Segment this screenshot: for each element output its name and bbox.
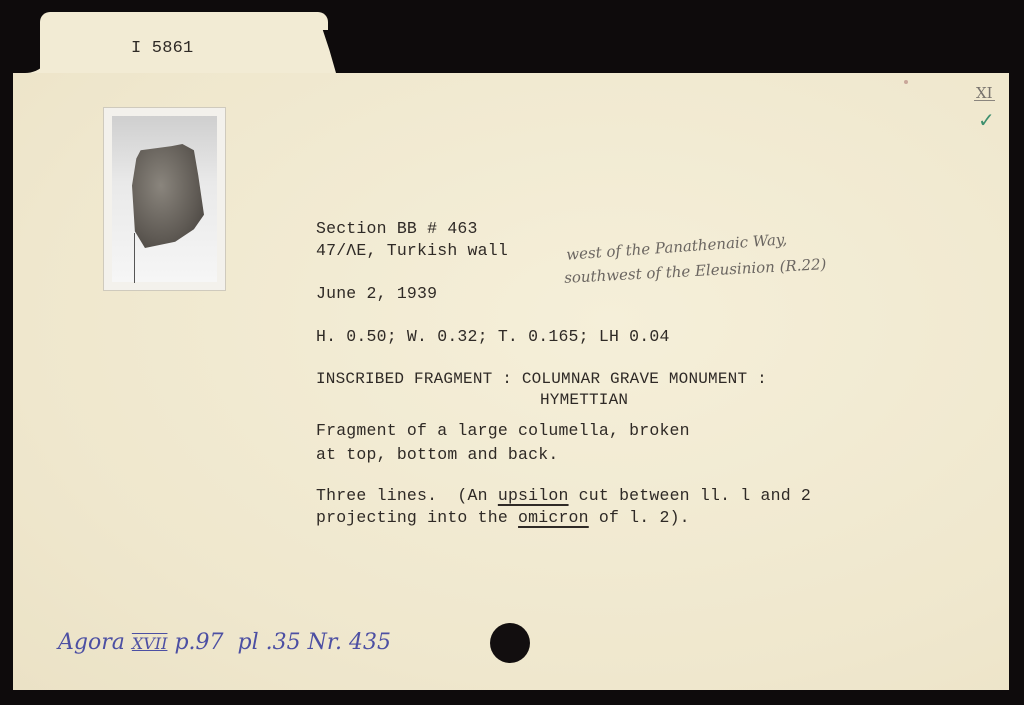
check-mark-icon: ✓ bbox=[978, 108, 995, 132]
notes-line1-end: cut between ll. l and 2 bbox=[569, 486, 811, 505]
bib-plate: pl .35 bbox=[238, 630, 301, 655]
artifact-photo bbox=[103, 107, 226, 291]
dimensions: H. 0.50; W. 0.32; T. 0.165; LH 0.04 bbox=[316, 325, 670, 348]
notes-line2: projecting into the omicron of l. 2). bbox=[316, 506, 690, 529]
bib-number: Nr. 435 bbox=[308, 630, 391, 655]
description-line2: at top, bottom and back. bbox=[316, 443, 558, 466]
object-title-line1: INSCRIBED FRAGMENT : COLUMNAR GRAVE MONU… bbox=[316, 368, 767, 391]
object-title-line2: HYMETTIAN bbox=[540, 389, 628, 412]
description-line1: Fragment of a large columella, broken bbox=[316, 419, 690, 442]
stain-mark bbox=[904, 80, 908, 84]
photo-support-stick bbox=[134, 233, 135, 283]
findspot: 47/ΛE, Turkish wall bbox=[316, 239, 508, 262]
corner-mark: XI bbox=[974, 86, 995, 101]
bib-volume: XVII bbox=[132, 634, 168, 653]
notes-line1-start: Three lines. (An bbox=[316, 486, 498, 505]
section-number: Section BB # 463 bbox=[316, 217, 478, 240]
underlined-upsilon: upsilon bbox=[498, 486, 569, 505]
bib-page: p.97 bbox=[174, 630, 223, 655]
punch-hole bbox=[490, 623, 530, 663]
notes-line1: Three lines. (An upsilon cut between ll.… bbox=[316, 484, 811, 507]
bib-series: Agora bbox=[58, 630, 125, 655]
notes-line2-start: projecting into the bbox=[316, 508, 518, 527]
inventory-number: I 5861 bbox=[131, 37, 193, 60]
notes-line2-end: of l. 2). bbox=[589, 508, 690, 527]
find-date: June 2, 1939 bbox=[316, 282, 437, 305]
underlined-omicron: omicron bbox=[518, 508, 589, 527]
bibliography-reference: Agora XVII p.97 pl .35 Nr. 435 bbox=[58, 630, 391, 655]
